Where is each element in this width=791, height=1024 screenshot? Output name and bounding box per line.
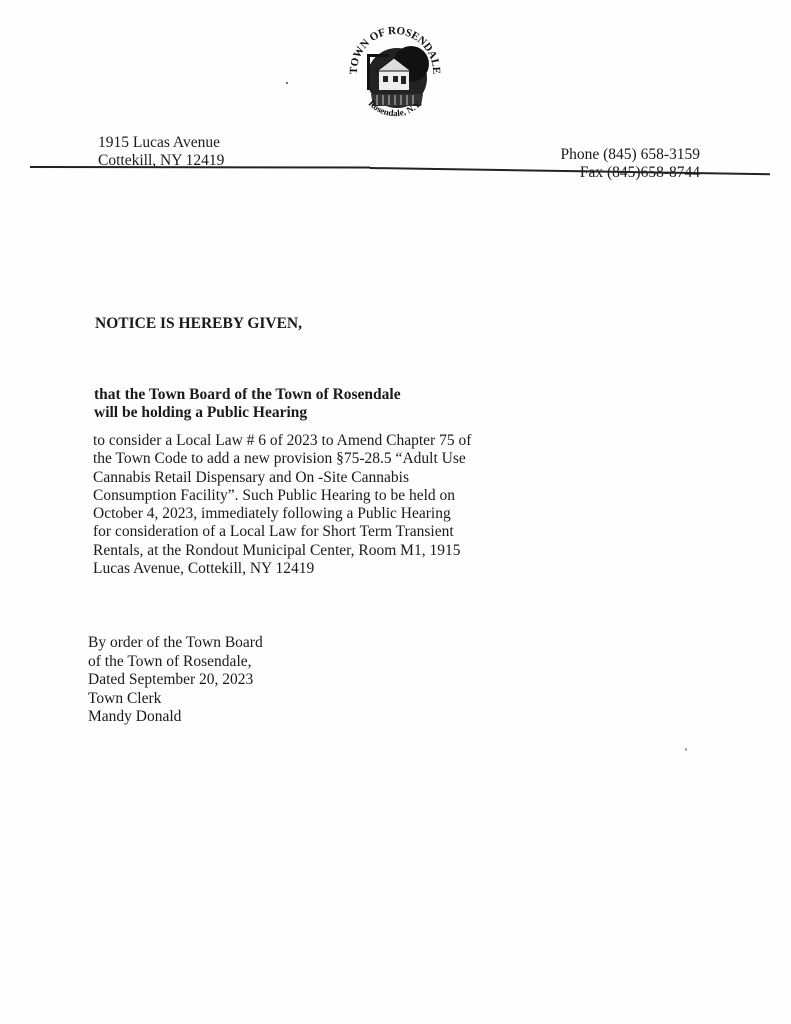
body-line: the Town Code to add a new provision §75… [93,450,478,468]
phone-number: Phone (845) 658-3159 [560,146,700,164]
body-line: Cannabis Retail Dispensary and On -Site … [93,469,478,487]
scan-speck [685,748,687,751]
scan-speck [286,82,288,84]
signature-name: Mandy Donald [88,708,263,727]
town-seal-icon: TOWN OF ROSENDALE Rosendale, N.Y. [341,14,449,122]
body-line: Consumption Facility”. Such Public Heari… [93,487,478,505]
contact-info: Phone (845) 658-3159 Fax (845)658-8744 [560,146,700,182]
body-line: Lucas Avenue, Cottekill, NY 12419 [93,560,478,578]
notice-heading: NOTICE IS HEREBY GIVEN, [95,315,302,333]
notice-subheading: that the Town Board of the Town of Rosen… [94,386,424,422]
signature-date: Dated September 20, 2023 [88,671,263,690]
address-street: 1915 Lucas Avenue [98,134,224,152]
subheading-line: that the Town Board of the Town of Rosen… [94,386,424,404]
body-line: for consideration of a Local Law for Sho… [93,523,478,541]
signature-title: Town Clerk [88,690,263,709]
letterhead-divider [30,166,370,168]
signature-line: of the Town of Rosendale, [88,653,263,672]
notice-body: to consider a Local Law # 6 of 2023 to A… [93,432,478,578]
body-line: October 4, 2023, immediately following a… [93,505,478,523]
subheading-line: will be holding a Public Hearing [94,404,424,422]
body-line: to consider a Local Law # 6 of 2023 to A… [93,432,478,450]
signature-line: By order of the Town Board [88,634,263,653]
town-address: 1915 Lucas Avenue Cottekill, NY 12419 [98,134,224,170]
signature-block: By order of the Town Board of the Town o… [88,634,263,727]
body-line: Rentals, at the Rondout Municipal Center… [93,542,478,560]
